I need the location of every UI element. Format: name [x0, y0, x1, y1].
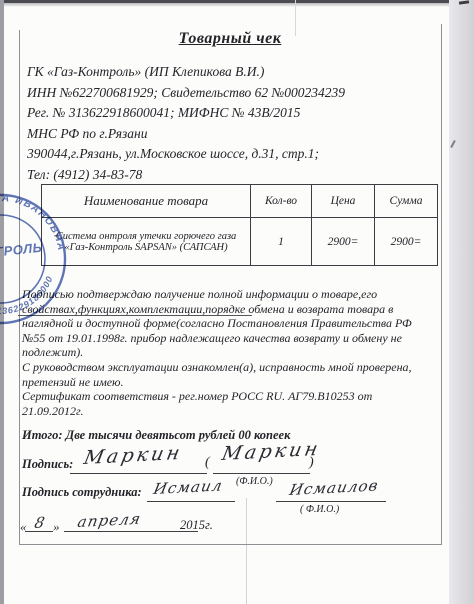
- terms-line: претензий не имею.: [22, 375, 436, 390]
- seller-inn-line: ИНН №622700681929; Свидетельство 62 №000…: [27, 83, 345, 104]
- fold-crease-bottom: [246, 498, 247, 604]
- table-row: Система онтроля утечки горючего газа «Га…: [42, 218, 438, 266]
- item-qty-cell: 1: [251, 218, 312, 266]
- frame-right-border: [441, 24, 442, 545]
- employee-fio-line: [276, 501, 386, 502]
- buyer-fio-line: [213, 473, 310, 474]
- certificate-line: 21.09.2012г.: [22, 404, 436, 419]
- buyer-fio-caption: (Ф.И.О.): [236, 476, 273, 487]
- date-month-handwriting: апреля: [76, 510, 143, 531]
- scan-top-shadow: [0, 3, 474, 7]
- fio-paren-open: (: [205, 455, 210, 471]
- terms-line: подлежит).: [22, 345, 436, 360]
- date-year: 2015г.: [180, 518, 213, 533]
- seller-tax-line: МНС РФ по г.Рязани: [27, 124, 345, 145]
- certificate-line: Сертификат соответствия - рег.номер РОСС…: [22, 389, 436, 404]
- date-quote-close: »: [53, 519, 60, 535]
- receipt-page: Товарный чек ГК «Газ-Контроль» (ИП Клепи…: [0, 0, 474, 604]
- date-quote-open: «: [20, 519, 27, 535]
- seller-name-line: ГК «Газ-Контроль» (ИП Клепикова В.И.): [27, 62, 345, 83]
- date-day-handwriting: 8: [33, 514, 46, 532]
- column-header-sum: Сумма: [375, 185, 438, 218]
- svg-text:№3136229186000: №3136229186000: [0, 273, 58, 318]
- column-header-qty: Кол-во: [251, 185, 312, 218]
- stamp-middle-text: ГРОЛЬ: [0, 240, 43, 260]
- items-table: Наименование товара Кол-во Цена Сумма Си…: [41, 184, 438, 266]
- buyer-signature-label: Подпись:: [22, 457, 73, 472]
- column-header-price: Цена: [312, 185, 375, 218]
- item-price-cell: 2900=: [312, 218, 375, 266]
- buyer-fio-handwriting: Маркин: [220, 438, 323, 465]
- item-sum-cell: 2900=: [375, 218, 438, 266]
- employee-fio-handwriting: Исмаилов: [288, 476, 380, 499]
- scan-right-edge: [449, 0, 474, 604]
- table-header-row: Наименование товара Кол-во Цена Сумма: [42, 185, 438, 218]
- employee-signature-label: Подпись сотрудника:: [22, 485, 142, 500]
- buyer-signature-line: [70, 473, 207, 474]
- employee-fio-caption: ( Ф.И.О.): [300, 504, 339, 515]
- stamp-bottom-arc-text: №3136229186000: [0, 273, 58, 318]
- buyer-signature-handwriting: Маркин: [82, 442, 185, 469]
- employee-signature-line: [147, 501, 235, 502]
- page-title: Товарный чек: [10, 30, 450, 48]
- terms-line: С руководством эксплуатации ознакомлен(а…: [22, 360, 436, 375]
- certificate-block: Сертификат соответствия - рег.номер РОСС…: [22, 389, 436, 418]
- date-day-line: [25, 531, 53, 532]
- seller-reg-line: Рег. № 313622918600041; МИФНС № 43В/2015: [27, 103, 345, 124]
- employee-signature-handwriting: Исмаил: [152, 476, 224, 498]
- frame-bottom-border: [19, 544, 441, 545]
- seller-address-line: 390044,г.Рязань, ул.Московское шоссе, д.…: [27, 144, 345, 165]
- date-month-line: [64, 531, 198, 532]
